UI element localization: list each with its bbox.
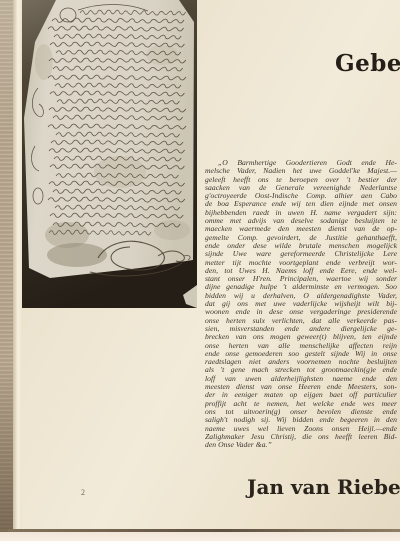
prayer-line: sien, misverstanden ende andere diergeli… <box>205 325 397 333</box>
author-name-heading: Jan van Riebee <box>247 476 400 498</box>
prayer-line: woonen ende in dese onse vergaderinge pr… <box>205 308 397 316</box>
prayer-line: onse herten van alle menschelijke affect… <box>205 342 397 350</box>
page-number: 2 <box>81 488 85 497</box>
prayer-line: proffijt acht te nemen, het welcke ende … <box>205 400 397 408</box>
prayer-line: omme met advijs van deselve sodanige bes… <box>205 217 397 225</box>
prayer-line: dijne genadige hulpe 't alderminste en v… <box>205 283 397 291</box>
prayer-line: naeme uwes wel lieven Zoons onsen Heijl.… <box>205 425 397 433</box>
prayer-line: gemelte Comp. gevoirdert, de Justitie ge… <box>205 234 397 242</box>
prayer-line: brecken van ons mogen geweer(t) blijven,… <box>205 333 397 341</box>
chapter-title: Gebed <box>335 52 400 75</box>
prayer-line: g'octroyeerde Oost-Indische Comp. alhier… <box>205 192 397 200</box>
prayer-line: bidden wij u derhalven, O aldergenadighs… <box>205 292 397 300</box>
next-page-edge <box>0 532 400 541</box>
prayer-line: Zalighmaker Jesu Christij, die ons heeff… <box>205 433 397 441</box>
prayer-line: dat gij ons met uwe vaderlijcke wijsheij… <box>205 300 397 308</box>
prayer-line: maecken waermede den meesten dienst van … <box>205 225 397 233</box>
prayer-text: „O Barmhertige Goodertieren Godt ende He… <box>205 159 397 449</box>
prayer-line: den, tot Uwes H. Naems loff ende Eere, e… <box>205 267 397 275</box>
prayer-line: onse herten sulx verlichten, dat alle ve… <box>205 317 397 325</box>
book-binding-edge <box>0 0 13 532</box>
prayer-line: raedtslagen niet anders voornemen nochte… <box>205 358 397 366</box>
prayer-line: den Onse Vader &a.” <box>205 441 397 449</box>
prayer-line: geleeft heefft ons te beroepen over 't b… <box>205 176 397 184</box>
prayer-line: „O Barmhertige Goodertieren Godt ende He… <box>205 159 397 167</box>
prayer-line: melsche Vader, Nadien het uwe Goddel'ke … <box>205 167 397 175</box>
prayer-line: der in eeniger maten op eijgen baet off … <box>205 391 397 399</box>
manuscript-photo <box>22 0 197 308</box>
prayer-line: sijnde Uwe ware gereformeerde Christelij… <box>205 250 397 258</box>
prayer-line: bijhebbenden raedt in uwen H. name verga… <box>205 209 397 217</box>
prayer-line: saacken van de Generale vereenighde Nede… <box>205 184 397 192</box>
prayer-line: metter tijt mochte voortgeplant ende ver… <box>205 259 397 267</box>
prayer-line: saligh't nodigh sij. Wij bidden ende beg… <box>205 416 397 424</box>
prayer-line: als 't gene mach strecken tot grootmaeck… <box>205 366 397 374</box>
page-gutter <box>13 0 22 532</box>
prayer-line: ende onder dese wilde brutale menschen m… <box>205 242 397 250</box>
prayer-line: de boa Esperance ende wij ten dien eijnd… <box>205 200 397 208</box>
prayer-line: loff van uwen alderheijlighsten naeme en… <box>205 375 397 383</box>
prayer-line: ende onse gemoederen soo gestelt sijnde … <box>205 350 397 358</box>
manuscript-handwriting-illustration <box>22 0 197 308</box>
book-page-scan: { "page": { "title": "Gebed", "page_numb… <box>0 0 400 541</box>
prayer-line: stant onser H'ren. Principalen, waertoe … <box>205 275 397 283</box>
prayer-line: meesten dienst van onse Heeren ende Mees… <box>205 383 397 391</box>
prayer-line: ons tot uitvoerin(g) onser bevolen diens… <box>205 408 397 416</box>
